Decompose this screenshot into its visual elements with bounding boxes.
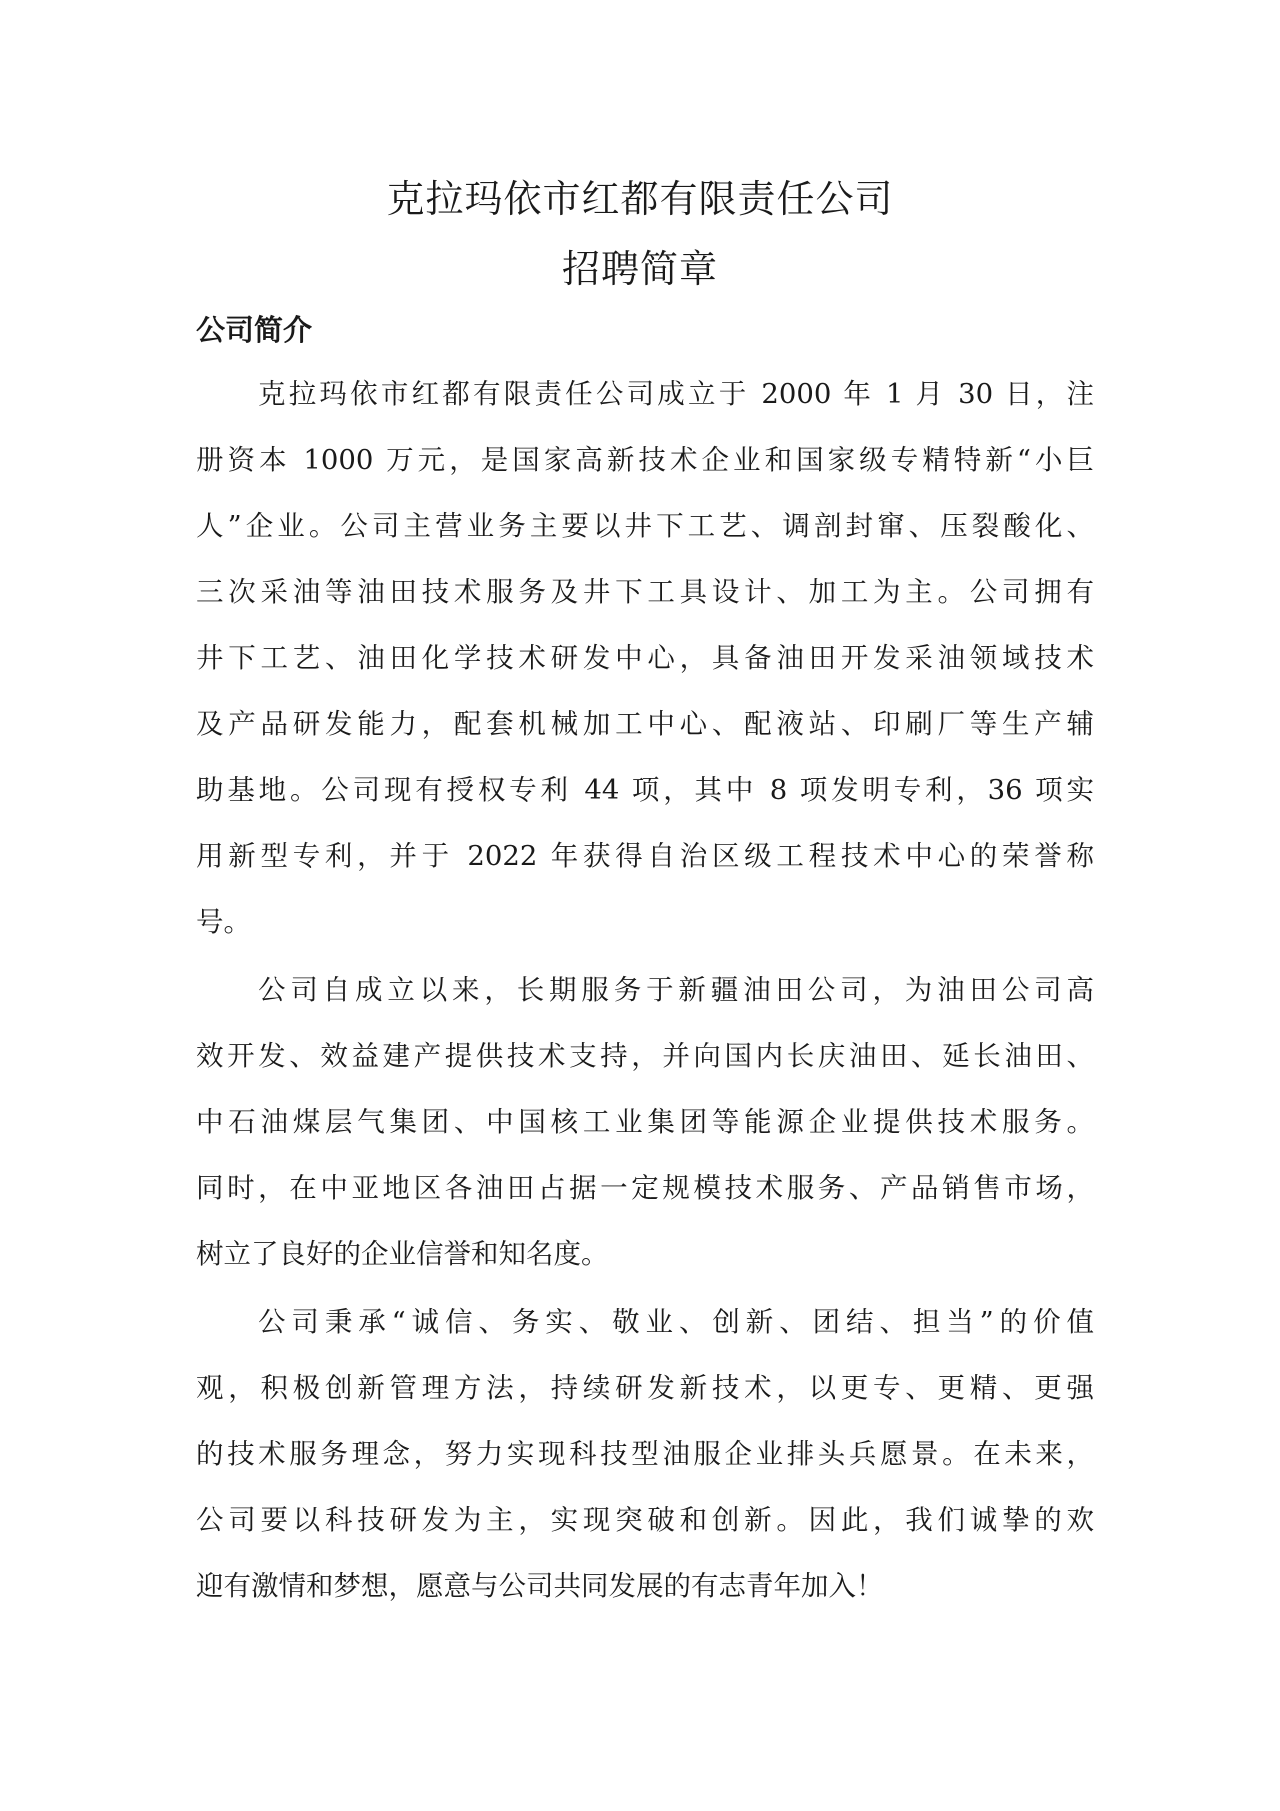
- paragraph-1-line: 用新型专利，并于 2022 年获得自治区级工程技术中心的荣誉称: [196, 836, 1094, 876]
- company-title: 克拉玛依市红都有限责任公司: [0, 168, 1280, 223]
- paragraph-3-line: 观，积极创新管理方法，持续研发新技术，以更专、更精、更强: [196, 1368, 1094, 1408]
- document-title: 招聘简章: [0, 238, 1280, 293]
- paragraph-1-line: 号。: [196, 902, 1094, 942]
- paragraph-2-line: 公司自成立以来，长期服务于新疆油田公司，为油田公司高: [258, 970, 1094, 1010]
- paragraph-1-line: 克拉玛依市红都有限责任公司成立于 2000 年 1 月 30 日，注: [258, 374, 1094, 414]
- paragraph-2-line: 中石油煤层气集团、中国核工业集团等能源企业提供技术服务。: [196, 1102, 1094, 1142]
- paragraph-3-line: 的技术服务理念，努力实现科技型油服企业排头兵愿景。在未来，: [196, 1434, 1094, 1474]
- paragraph-1-line: 三次采油等油田技术服务及井下工具设计、加工为主。公司拥有: [196, 572, 1094, 612]
- paragraph-2-line: 同时，在中亚地区各油田占据一定规模技术服务、产品销售市场，: [196, 1168, 1094, 1208]
- paragraph-2-line: 效开发、效益建产提供技术支持，并向国内长庆油田、延长油田、: [196, 1036, 1094, 1076]
- paragraph-3-line: 迎有激情和梦想，愿意与公司共同发展的有志青年加入！: [196, 1566, 1094, 1606]
- paragraph-1-line: 及产品研发能力，配套机械加工中心、配液站、印刷厂等生产辅: [196, 704, 1094, 744]
- paragraph-1-line: 人”企业。公司主营业务主要以井下工艺、调剖封窜、压裂酸化、: [196, 506, 1094, 546]
- paragraph-1-line: 井下工艺、油田化学技术研发中心，具备油田开发采油领域技术: [196, 638, 1094, 678]
- section-heading: 公司简介: [196, 308, 312, 349]
- paragraph-3-line: 公司秉承“诚信、务实、敬业、创新、团结、担当”的价值: [258, 1302, 1094, 1342]
- paragraph-1-line: 助基地。公司现有授权专利 44 项，其中 8 项发明专利，36 项实: [196, 770, 1094, 810]
- paragraph-1-line: 册资本 1000 万元，是国家高新技术企业和国家级专精特新“小巨: [196, 440, 1094, 480]
- paragraph-3-line: 公司要以科技研发为主，实现突破和创新。因此，我们诚挚的欢: [196, 1500, 1094, 1540]
- paragraph-2-line: 树立了良好的企业信誉和知名度。: [196, 1234, 1094, 1274]
